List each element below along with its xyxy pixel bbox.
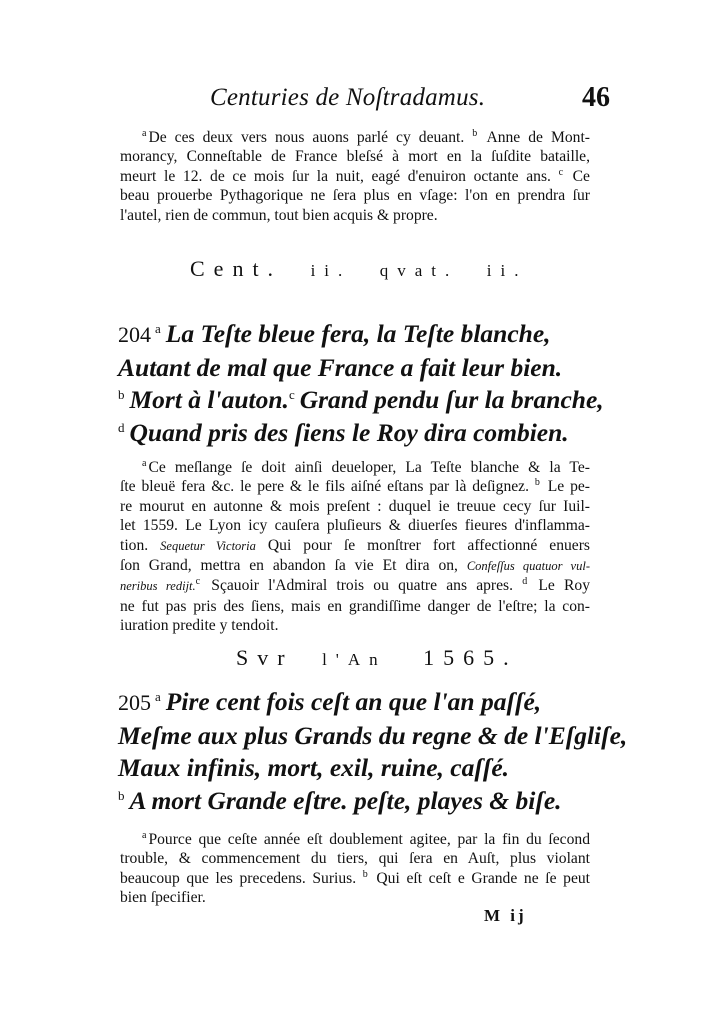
commentary-line: morancy, Conneſtable de France bleſsé à … (120, 147, 590, 166)
footnote-marker: a (155, 321, 161, 336)
footnote-marker: b (363, 869, 368, 880)
footnote-marker: d (522, 576, 527, 587)
commentary-top: aDe ces deux vers nous auons parlé cy de… (120, 128, 590, 225)
verse-line: 204aLa Teſte bleue fera, la Teſte blanch… (118, 318, 604, 352)
text: Pource que ceſte année eſt doublement ag… (148, 831, 590, 848)
text: beaucoup que les precedens. Surius. (120, 870, 363, 887)
quatrain-204: 204aLa Teſte bleue fera, la Teſte blanch… (118, 318, 604, 449)
text: Mort à l'auton. (130, 385, 289, 414)
text: Anne de Mont- (479, 129, 590, 146)
text: Ce (565, 168, 590, 185)
text: Qui eſt ceſt e Grande ne ſe peut (370, 870, 590, 887)
commentary-205: aPource que ceſte année eſt doublement a… (120, 830, 590, 908)
commentary-line: ſte bleuë fera &c. le pere & le fils aiſ… (120, 477, 590, 496)
signature-mark: M ij (484, 906, 527, 926)
heading-cent-number: ii. (311, 261, 352, 280)
text: Pire cent fois ceſt an que l'an paſſé, (166, 687, 541, 716)
text: Qui pour ſe monſtrer fort affectionné en… (256, 537, 590, 554)
page-number: 46 (582, 82, 610, 114)
commentary-line: aDe ces deux vers nous auons parlé cy de… (120, 128, 590, 147)
footnote-marker: c (559, 167, 563, 178)
quatrain-number: 204 (118, 322, 151, 347)
commentary-204: aCe meſlange ſe doit ainſi deueloper, La… (120, 458, 590, 636)
commentary-line: ſon Grand, mettra en abandon ſa vie Et d… (120, 556, 590, 576)
latin-quote: neribus redijt. (120, 579, 196, 593)
footnote-marker: d (118, 420, 125, 435)
heading-cent: Cent. (190, 256, 282, 281)
text: Ce meſlange ſe doit ainſi deueloper, La … (148, 459, 590, 476)
footnote-marker: b (118, 788, 125, 803)
commentary-line: beaucoup que les precedens. Surius. b Qu… (120, 869, 590, 888)
text: Sçauoir l'Admiral trois ou quatre ans ap… (202, 577, 522, 594)
footnote-marker: a (142, 458, 146, 469)
book-page: Centuries de Noſtradamus. 46 aDe ces deu… (0, 0, 724, 1024)
commentary-line: bien ſpecifier. (120, 888, 590, 907)
section-heading-year: Svr l'An 1565. (236, 645, 518, 671)
verse-line: 205aPire cent fois ceſt an que l'an paſſ… (118, 686, 627, 720)
commentary-line: re mourut en autonne & mois preſent : du… (120, 497, 590, 516)
commentary-line: neribus redijt.c Sçauoir l'Admiral trois… (120, 576, 590, 596)
heading-quat: qvat. (380, 261, 459, 280)
footnote-marker: c (289, 387, 295, 402)
heading-lan: l'An (322, 650, 387, 669)
footnote-marker: b (472, 128, 477, 139)
footnote-marker: b (118, 387, 125, 402)
commentary-line: l'autel, rien de commun, tout bien acqui… (120, 206, 590, 225)
latin-quote: Sequetur Victoria (160, 539, 256, 553)
quatrain-205: 205aPire cent fois ceſt an que l'an paſſ… (118, 686, 627, 817)
verse-line: dQuand pris des ſiens le Roy dira combie… (118, 417, 604, 450)
footnote-marker: a (155, 689, 161, 704)
footnote-marker: c (196, 576, 200, 587)
heading-quat-number: ii. (487, 261, 528, 280)
verse-line: bMort à l'auton.cGrand pendu ſur la bran… (118, 384, 604, 417)
commentary-line: trouble, & commencement du tiers, qui ſe… (120, 849, 590, 868)
running-head: Centuries de Noſtradamus. 46 (210, 84, 610, 124)
verse-line: Meſme aux plus Grands du regne & de l'Eſ… (118, 720, 627, 753)
heading-year: 1565. (423, 645, 518, 670)
text: A mort Grande eſtre. peſte, playes & biſ… (130, 786, 562, 815)
text: Meſme aux plus Grands du regne & de l'Eſ… (118, 721, 627, 750)
verse-line: Maux infinis, mort, exil, ruine, caſſé. (118, 752, 627, 785)
footnote-marker: a (142, 128, 146, 139)
text: ſte bleuë fera &c. le pere & le fils aiſ… (120, 478, 535, 495)
text: Grand pendu ſur la branche, (300, 385, 604, 414)
commentary-line: ne fut pas pris des ſiens, mais en grand… (120, 597, 590, 616)
text: Autant de mal que France a fait leur bie… (118, 353, 562, 382)
commentary-line: tion. Sequetur Victoria Qui pour ſe monſ… (120, 536, 590, 556)
quatrain-number: 205 (118, 690, 151, 715)
heading-sur: Svr (236, 645, 294, 670)
text: meurt le 12. de ce mois ſur la nuit, eag… (120, 168, 559, 185)
text: ſon Grand, mettra en abandon ſa vie Et d… (120, 557, 467, 574)
commentary-line: aCe meſlange ſe doit ainſi deueloper, La… (120, 458, 590, 477)
commentary-line: aPource que ceſte année eſt doublement a… (120, 830, 590, 849)
section-heading-cent: Cent. ii. qvat. ii. (190, 256, 528, 282)
commentary-line: iuration predite y tendoit. (120, 616, 590, 635)
commentary-line: meurt le 12. de ce mois ſur la nuit, eag… (120, 167, 590, 186)
commentary-line: beau prouerbe Pythagorique ne ſera plus … (120, 186, 590, 205)
text: Le pe- (542, 478, 590, 495)
footnote-marker: a (142, 830, 146, 841)
running-title: Centuries de Noſtradamus. (210, 84, 485, 112)
verse-line: bA mort Grande eſtre. peſte, playes & bi… (118, 785, 627, 818)
text: Quand pris des ſiens le Roy dira combien… (130, 418, 569, 447)
latin-quote: Confeſſus quatuor vul- (467, 559, 590, 573)
commentary-line: let 1559. Le Lyon icy cauſera pluſieurs … (120, 516, 590, 535)
text: La Teſte bleue fera, la Teſte blanche, (166, 319, 551, 348)
footnote-marker: b (535, 477, 540, 488)
verse-line: Autant de mal que France a fait leur bie… (118, 352, 604, 385)
text: De ces deux vers nous auons parlé cy deu… (148, 129, 472, 146)
text: Le Roy (529, 577, 590, 594)
text: tion. (120, 537, 160, 554)
text: Maux infinis, mort, exil, ruine, caſſé. (118, 753, 509, 782)
